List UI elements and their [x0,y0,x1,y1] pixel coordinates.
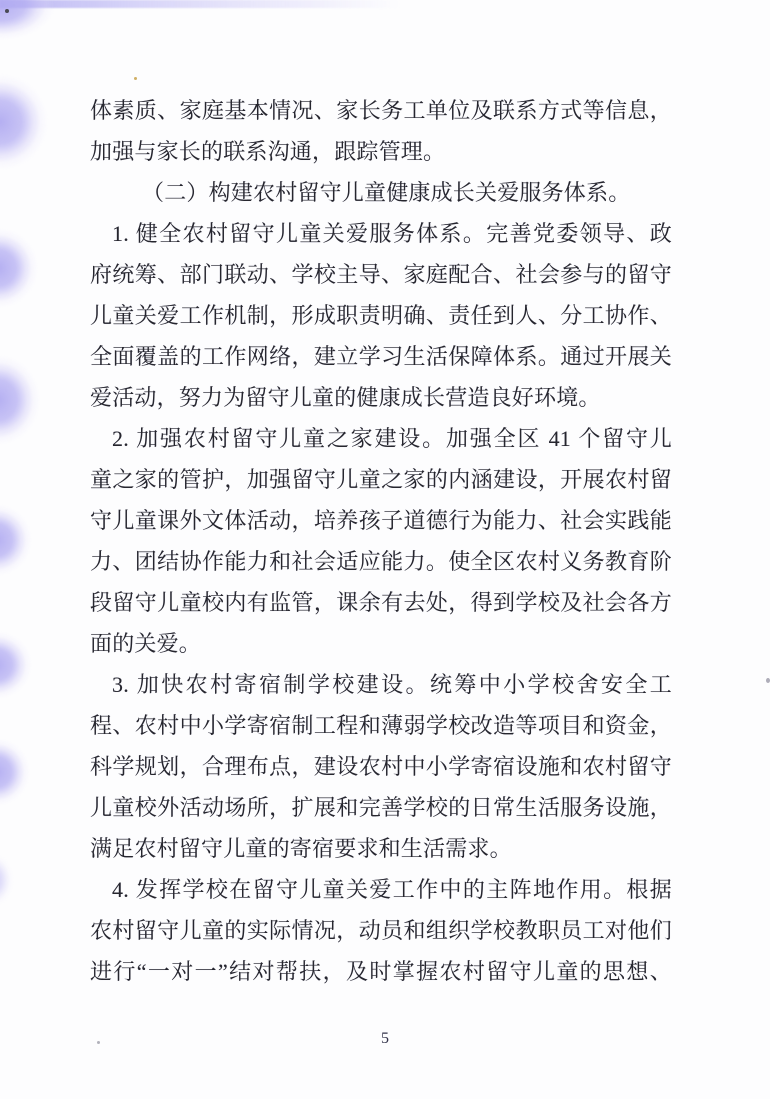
scan-smudge [0,0,55,40]
scan-smudge [0,631,32,699]
text-line: 童之家的管护，加强留守儿童之家的内涵建设，开展农村留 [90,459,672,500]
scan-smudge [0,852,14,908]
text-line: 爱活动，努力为留守儿童的健康成长营造良好环境。 [90,377,672,418]
text-line: 府统筹、部门联动、学校主导、家庭配合、社会参与的留守 [90,254,672,295]
text-line: 加强与家长的联系沟通，跟踪管理。 [90,131,672,172]
text-line: 3. 加快农村寄宿制学校建设。统筹中小学校舍安全工 [90,664,672,705]
scan-smudge [0,738,30,806]
text-line: 满足农村留守儿童的寄宿要求和生活需求。 [90,828,672,869]
text-line: 儿童校外活动场所，扩展和完善学校的日常生活服务设施， [90,787,672,828]
text-line: 1. 健全农村留守儿童关爱服务体系。完善党委领导、政 [90,213,672,254]
scanned-document-page: 体素质、家庭基本情况、家长务工单位及联系方式等信息，加强与家长的联系沟通，跟踪管… [0,0,770,1099]
text-line: 全面覆盖的工作网络，建立学习生活保障体系。通过开展关 [90,336,672,377]
scan-speck [766,678,770,683]
text-line: 面的关爱。 [90,623,672,664]
scan-smudge [0,228,38,308]
text-line: 2. 加强农村留守儿童之家建设。加强全区 41 个留守儿 [90,418,672,459]
scan-speck [5,9,9,13]
text-line: 体素质、家庭基本情况、家长务工单位及联系方式等信息， [90,90,672,131]
text-line: 程、农村中小学寄宿制工程和薄弱学校改造等项目和资金， [90,705,672,746]
scan-smudge [0,74,48,170]
text-line: 儿童关爱工作机制，形成职责明确、责任到人、分工协作、 [90,295,672,336]
scan-smudge [0,355,40,445]
text-line: 科学规划，合理布点，建设农村中小学寄宿设施和农村留守 [90,746,672,787]
text-line: 4. 发挥学校在留守儿童关爱工作中的主阵地作用。根据 [90,869,672,910]
text-line: 农村留守儿童的实际情况，动员和组织学校教职员工对他们 [90,910,672,951]
text-line: 守儿童课外文体活动，培养孩子道德行为能力、社会实践能 [90,500,672,541]
scan-smudge [0,504,32,576]
scan-speck [134,77,137,80]
text-line: 进行“一对一”结对帮扶，及时掌握农村留守儿童的思想、 [90,951,672,992]
page-number: 5 [0,1030,770,1048]
text-line: 段留守儿童校内有监管，课余有去处，得到学校及社会各方 [90,582,672,623]
text-line: （二）构建农村留守儿童健康成长关爱服务体系。 [90,172,672,213]
document-body: 体素质、家庭基本情况、家长务工单位及联系方式等信息，加强与家长的联系沟通，跟踪管… [90,90,672,992]
text-line: 力、团结协作能力和社会适应能力。使全区农村义务教育阶 [90,541,672,582]
scan-smudge-top-edge [0,0,400,8]
